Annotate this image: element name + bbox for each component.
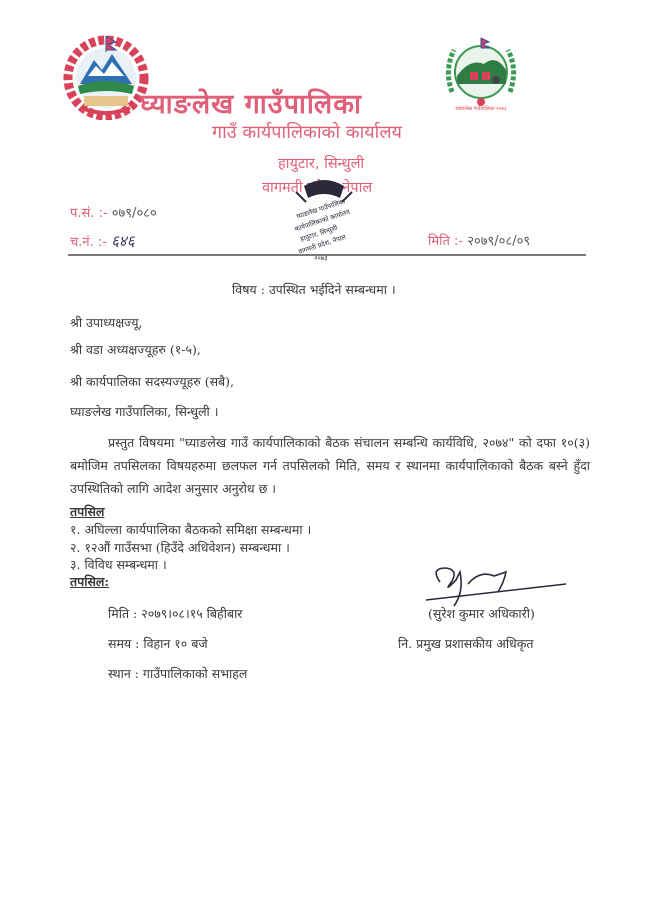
letter-date-label: मिति :-: [428, 234, 463, 249]
letter-date-value: २०७९/०८/०९: [467, 234, 530, 249]
recipient: घ्याङलेख गाउँपालिका, सिन्धुली ।: [70, 403, 219, 420]
signatory-name: (सुरेश कुमार अधिकारी): [428, 605, 535, 622]
agenda-item: ३. विविध सम्बन्धमा ।: [70, 556, 167, 573]
agenda-item: २. १२औं गाउँसभा (हिउँदे अधिवेशन) सम्बन्ध…: [70, 539, 290, 556]
agenda-item: १. अघिल्ला कार्यपालिका बैठकको समिक्षा सम…: [70, 521, 311, 538]
recipient: श्री उपाध्यक्षज्यू,: [70, 314, 143, 331]
dispatch-number-value: ६४६: [111, 232, 134, 250]
subject-line: विषय : उपस्थित भईदिने सम्बन्धमा ।: [232, 281, 396, 298]
meeting-date: मिति : २०७९।०८।१५ बिहीबार: [108, 605, 242, 622]
letter-date: मिति :- २०७९/०८/०९: [428, 231, 530, 249]
nepal-emblem-icon: [62, 32, 150, 120]
address-line-1: हायुटार, सिन्धुली: [278, 153, 364, 173]
letter-number: प.सं. :- ०७९/०८०: [70, 203, 157, 221]
header-divider: [68, 254, 586, 256]
signatory-title: नि. प्रमुख प्रशासकीय अधिकृत: [398, 635, 533, 652]
agenda-heading: तपसिल: [70, 503, 104, 520]
letter-number-value: ०७९/०८०: [112, 206, 157, 221]
body-paragraph-text: प्रस्तुत विषयमा "घ्याङलेख गाउँ कार्यपालि…: [70, 435, 590, 496]
dispatch-number: च.नं. :- ६४६: [70, 231, 135, 251]
office-name: गाउँ कार्यपालिकाको कार्यालय: [212, 120, 402, 144]
meeting-venue: स्थान : गाउँपालिकाको सभाहल: [108, 665, 247, 682]
logo-caption: घ्याङलेख गाउँपालिका-२०७३: [455, 105, 507, 112]
dispatch-number-label: च.नं. :-: [70, 235, 107, 250]
body-paragraph: प्रस्तुत विषयमा "घ्याङलेख गाउँ कार्यपालि…: [70, 431, 590, 500]
organization-name: घ्याङलेख गाउँपालिका: [140, 84, 362, 121]
municipality-logo-icon: घ्याङलेख गाउँपालिका-२०७३: [440, 30, 522, 112]
official-stamp-icon: घ्याङलेख गाउँपालिका कार्यपालिकाको कार्या…: [286, 176, 362, 264]
letter-number-label: प.सं. :-: [70, 206, 108, 221]
meeting-time: समय : विहान १० बजे: [108, 635, 208, 652]
details-heading: तपसिल:: [70, 573, 109, 590]
recipient: श्री कार्यपालिका सदस्यज्यूहरु (सबै),: [70, 373, 234, 390]
recipient: श्री वडा अध्यक्षज्यूहरु (१-५),: [70, 341, 201, 358]
